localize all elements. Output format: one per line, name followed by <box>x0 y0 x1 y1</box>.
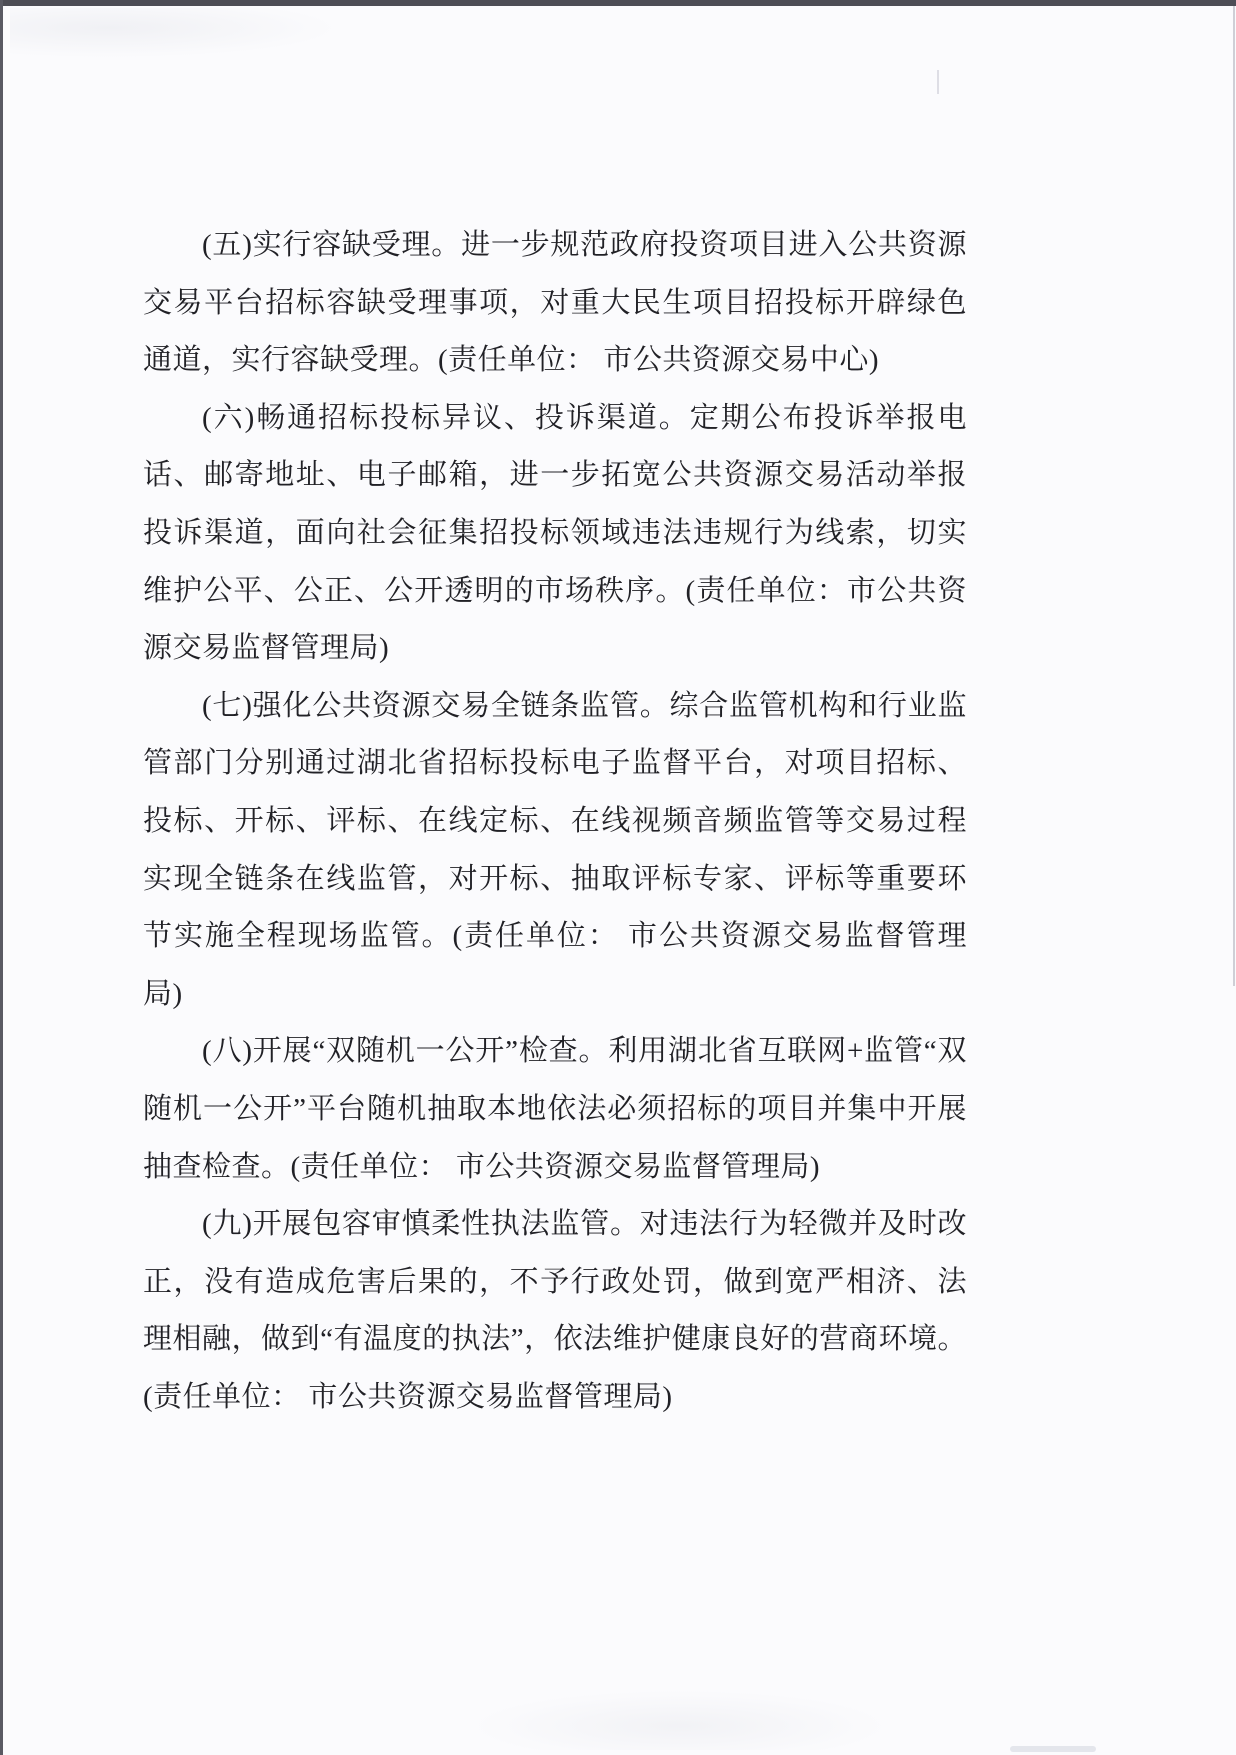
document-content: (五)实行容缺受理。进一步规范政府投资项目进入公共资源交易平台招标容缺受理事项，… <box>143 217 967 1426</box>
scan-border-top <box>0 0 1236 6</box>
scan-border-right <box>1233 6 1235 986</box>
document-paragraph-item-5: (五)实行容缺受理。进一步规范政府投资项目进入公共资源交易平台招标容缺受理事项，… <box>143 217 967 390</box>
document-paragraph-item-7: (七)强化公共资源交易全链条监管。综合监管机构和行业监管部门分别通过湖北省招标投… <box>143 678 967 1024</box>
document-paragraph-item-6: (六)畅通招标投标异议、投诉渠道。定期公布投诉举报电话、邮寄地址、电子邮箱，进一… <box>143 390 967 678</box>
document-paragraph-item-9: (九)开展包容审慎柔性执法监管。对违法行为轻微并及时改正，没有造成危害后果的，不… <box>143 1196 967 1426</box>
scan-border-left <box>0 0 3 1755</box>
scan-smudge <box>470 1690 890 1750</box>
scanned-document-page: { "page": { "background_color": "#fbfbfd… <box>0 0 1236 1755</box>
document-paragraph-item-8: (八)开展“双随机一公开”检查。利用湖北省互联网+监管“双随机一公开”平台随机抽… <box>143 1023 967 1196</box>
scan-smudge <box>1010 1746 1096 1752</box>
scan-smudge <box>10 8 340 58</box>
scan-artifact-tick <box>937 70 939 94</box>
